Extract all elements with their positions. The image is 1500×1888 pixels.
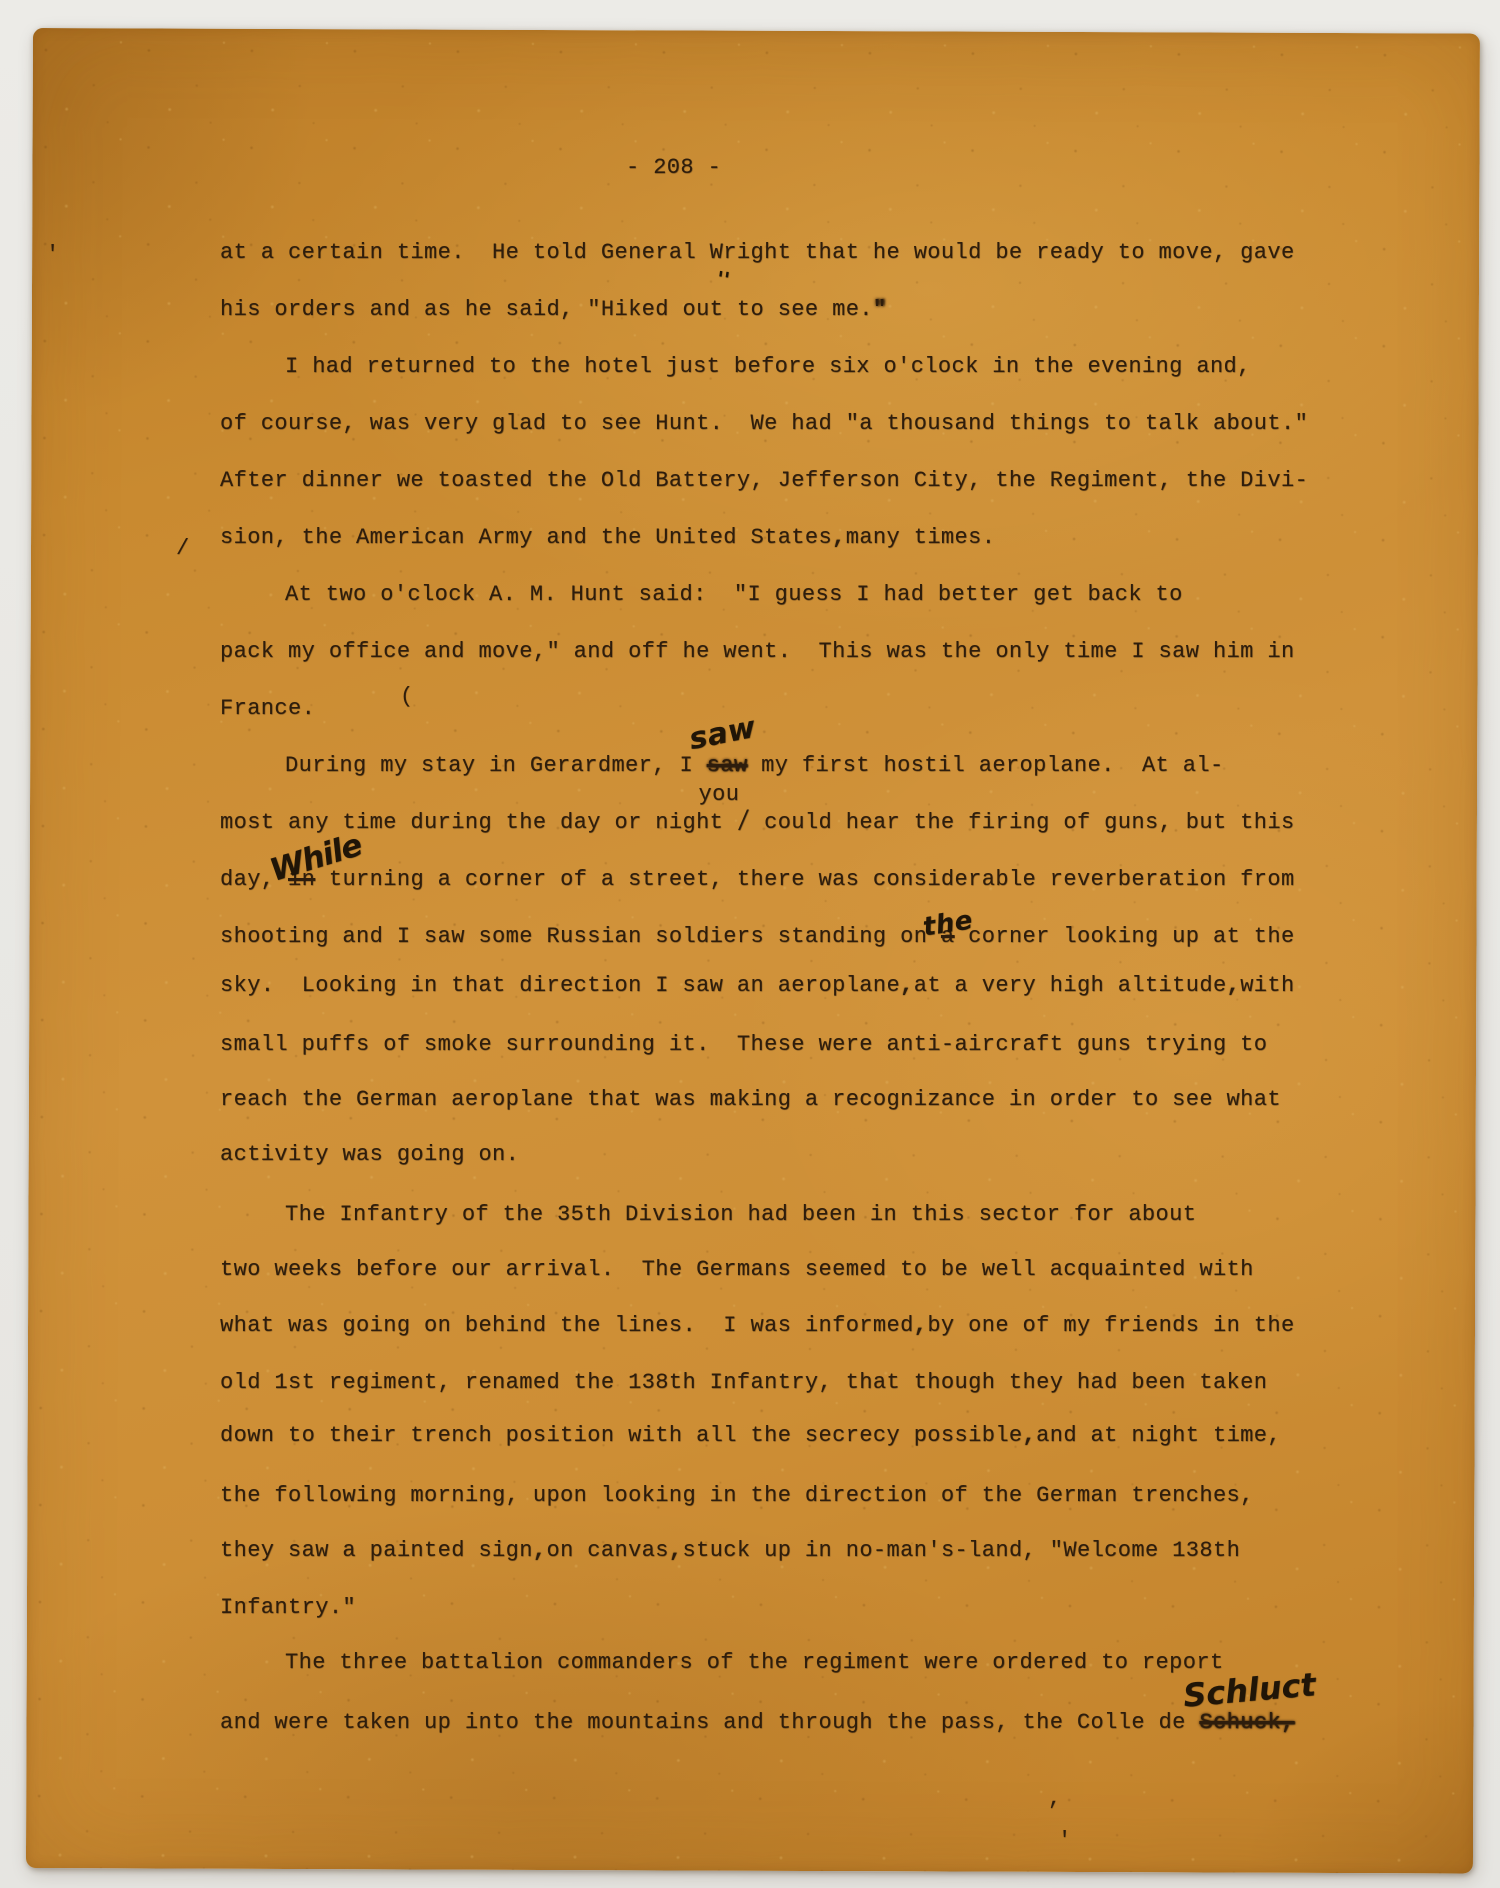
stray-ink-mark: '	[46, 242, 59, 267]
line-segment: down to their trench position with all t…	[220, 1423, 1023, 1448]
typed-line: After dinner we toasted the Old Battery,…	[220, 468, 1308, 493]
page-number: - 208 -	[626, 155, 721, 180]
line-segment: many times.	[846, 525, 996, 550]
typed-text-layer: - 208 - at a certain time. He told Gener…	[0, 0, 1500, 1888]
typed-line: small puffs of smoke surrounding it. The…	[220, 1032, 1267, 1057]
line-segment: and were taken up into the mountains and…	[220, 1710, 1199, 1735]
stray-ink-mark: /	[176, 536, 189, 561]
typed-line: sky. Looking in that direction I saw an …	[220, 973, 1295, 998]
typed-line: I had returned to the hotel just before …	[285, 354, 1251, 379]
typed-line: down to their trench position with all t…	[220, 1423, 1281, 1448]
line-segment: at a very high altitude	[914, 973, 1227, 998]
typed-line: reach the German aeroplane that was maki…	[220, 1087, 1281, 1112]
line-segment: most any time during the day or night	[220, 810, 737, 835]
typed-line: they saw a painted sign,on canvas,stuck …	[220, 1538, 1240, 1563]
typed-line: France.	[220, 696, 315, 721]
line-segment: on canvas	[546, 1538, 668, 1563]
typed-line: the following morning, upon looking in t…	[220, 1483, 1254, 1508]
typed-line: The Infantry of the 35th Division had be…	[285, 1202, 1196, 1227]
line-segment: what was going on behind the lines. I wa…	[220, 1313, 914, 1338]
line-segment: by one of my friends in the	[927, 1313, 1294, 1338]
handwritten-mark: ''	[716, 266, 732, 292]
handwritten-comma: ,	[669, 1538, 683, 1563]
typed-line: of course, was very glad to see Hunt. We…	[220, 411, 1308, 436]
typed-line: activity was going on.	[220, 1142, 519, 1167]
strikethrough-word: saw	[707, 753, 748, 778]
typed-line: two weeks before our arrival. The German…	[220, 1257, 1254, 1282]
typed-line: During my stay in Gerardmer, I sawsaw my…	[285, 753, 1224, 778]
line-segment: During my stay in Gerardmer, I	[285, 753, 707, 778]
line-segment: his orders and as he said, "Hiked out	[220, 297, 723, 322]
line-segment: sky. Looking in that direction I saw an …	[220, 973, 900, 998]
typed-line: At two o'clock A. M. Hunt said: "I guess…	[285, 582, 1183, 607]
line-segment: could hear the firing of guns, but this	[751, 810, 1295, 835]
typed-line: The three battalion commanders of the re…	[285, 1650, 1224, 1675]
handwritten-comma: ,	[832, 525, 846, 550]
line-segment: they saw a painted sign	[220, 1538, 533, 1563]
stray-ink-mark: '	[1058, 1828, 1071, 1853]
typed-line: day, inWhile turning a corner of a stree…	[220, 867, 1295, 892]
typed-line: Infantry."	[220, 1595, 356, 1620]
line-segment: my first hostil aeroplane. At al-	[747, 753, 1223, 778]
line-segment: to see me.	[723, 297, 873, 322]
handwritten-comma: ,	[1227, 973, 1241, 998]
insertion-slash: /	[737, 807, 751, 838]
handwritten-comma: ,	[533, 1538, 547, 1563]
line-segment: with	[1240, 973, 1294, 998]
typed-line: what was going on behind the lines. I wa…	[220, 1313, 1295, 1338]
handwritten-comma: ,	[914, 1313, 928, 1338]
typed-line: sion, the American Army and the United S…	[220, 525, 995, 550]
stray-ink-mark: ,	[1048, 1786, 1061, 1811]
typed-line: most any time during the day or night /y…	[220, 810, 1295, 835]
typed-insertion: you	[699, 782, 740, 807]
typed-line: and were taken up into the mountains and…	[220, 1710, 1295, 1735]
line-segment: stuck up in no-man's-land, "Welcome 138t…	[683, 1538, 1241, 1563]
ink-smudge-quote: "	[873, 297, 887, 322]
typed-line: shooting and I saw some Russian soldiers…	[220, 924, 1295, 949]
line-segment: shooting and I saw some Russian soldiers…	[220, 924, 941, 949]
stray-ink-mark: (	[400, 684, 413, 709]
typed-line: old 1st regiment, renamed the 138th Infa…	[220, 1370, 1267, 1395]
handwritten-comma: ,	[900, 973, 914, 998]
line-segment: turning a corner of a street, there was …	[315, 867, 1294, 892]
strikethrough-word: Schuck,	[1199, 1710, 1294, 1735]
typed-line: his orders and as he said, "Hiked out'' …	[220, 297, 887, 322]
typed-line: at a certain time. He told General Wrigh…	[220, 240, 1295, 265]
handwritten-correction: saw	[687, 710, 759, 757]
line-segment: and at night time,	[1036, 1423, 1281, 1448]
line-segment: corner looking up at the	[955, 924, 1295, 949]
line-segment: sion, the American Army and the United S…	[220, 525, 832, 550]
handwritten-comma: ,	[1023, 1423, 1037, 1448]
typed-line: pack my office and move," and off he wen…	[220, 639, 1295, 664]
